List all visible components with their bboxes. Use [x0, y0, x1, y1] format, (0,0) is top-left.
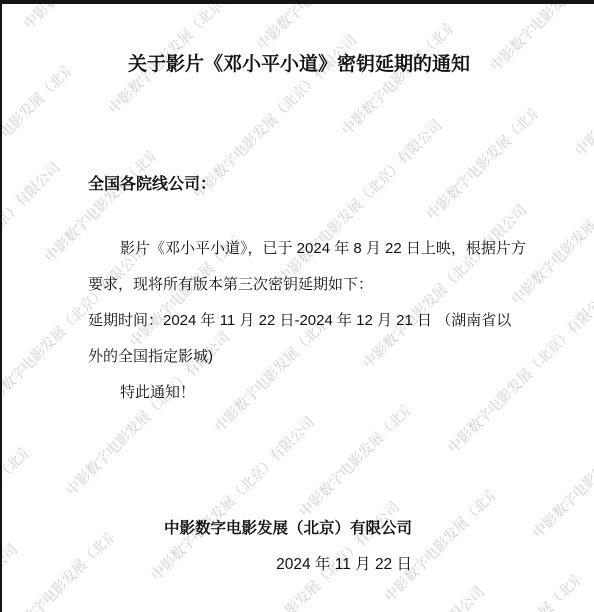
salutation: 全国各院线公司： — [88, 175, 510, 195]
body-line: 影片《邓小平小道》，已于 2024 年 8 月 22 日上映，根据片方 — [88, 231, 510, 267]
document-page: 中影数字电影发展（北京）有限公司 中影数字电影发展（北京）有限公司 关于影片《邓… — [0, 0, 594, 612]
document-content: 关于影片《邓小平小道》密钥延期的通知 全国各院线公司： 影片《邓小平小道》，已于… — [0, 0, 594, 612]
notice-body: 影片《邓小平小道》，已于 2024 年 8 月 22 日上映，根据片方 要求，现… — [88, 231, 510, 411]
closing-line: 特此通知！ — [88, 375, 510, 411]
notice-title: 关于影片《邓小平小道》密钥延期的通知 — [88, 52, 510, 78]
body-line: 要求，现将所有版本第三次密钥延期如下： — [88, 267, 510, 303]
body-line: 外的全国指定影城) — [88, 339, 510, 375]
body-line: 延期时间：2024 年 11 月 22 日-2024 年 12 月 21 日 （… — [88, 303, 510, 339]
signature-company: 中影数字电影发展（北京）有限公司 — [88, 519, 412, 539]
signature-block: 中影数字电影发展（北京）有限公司 2024 年 11 月 22 日 — [88, 519, 510, 575]
page-top-edge — [0, 0, 594, 4]
page-left-edge — [0, 0, 2, 612]
signature-date: 2024 年 11 月 22 日 — [88, 555, 412, 575]
